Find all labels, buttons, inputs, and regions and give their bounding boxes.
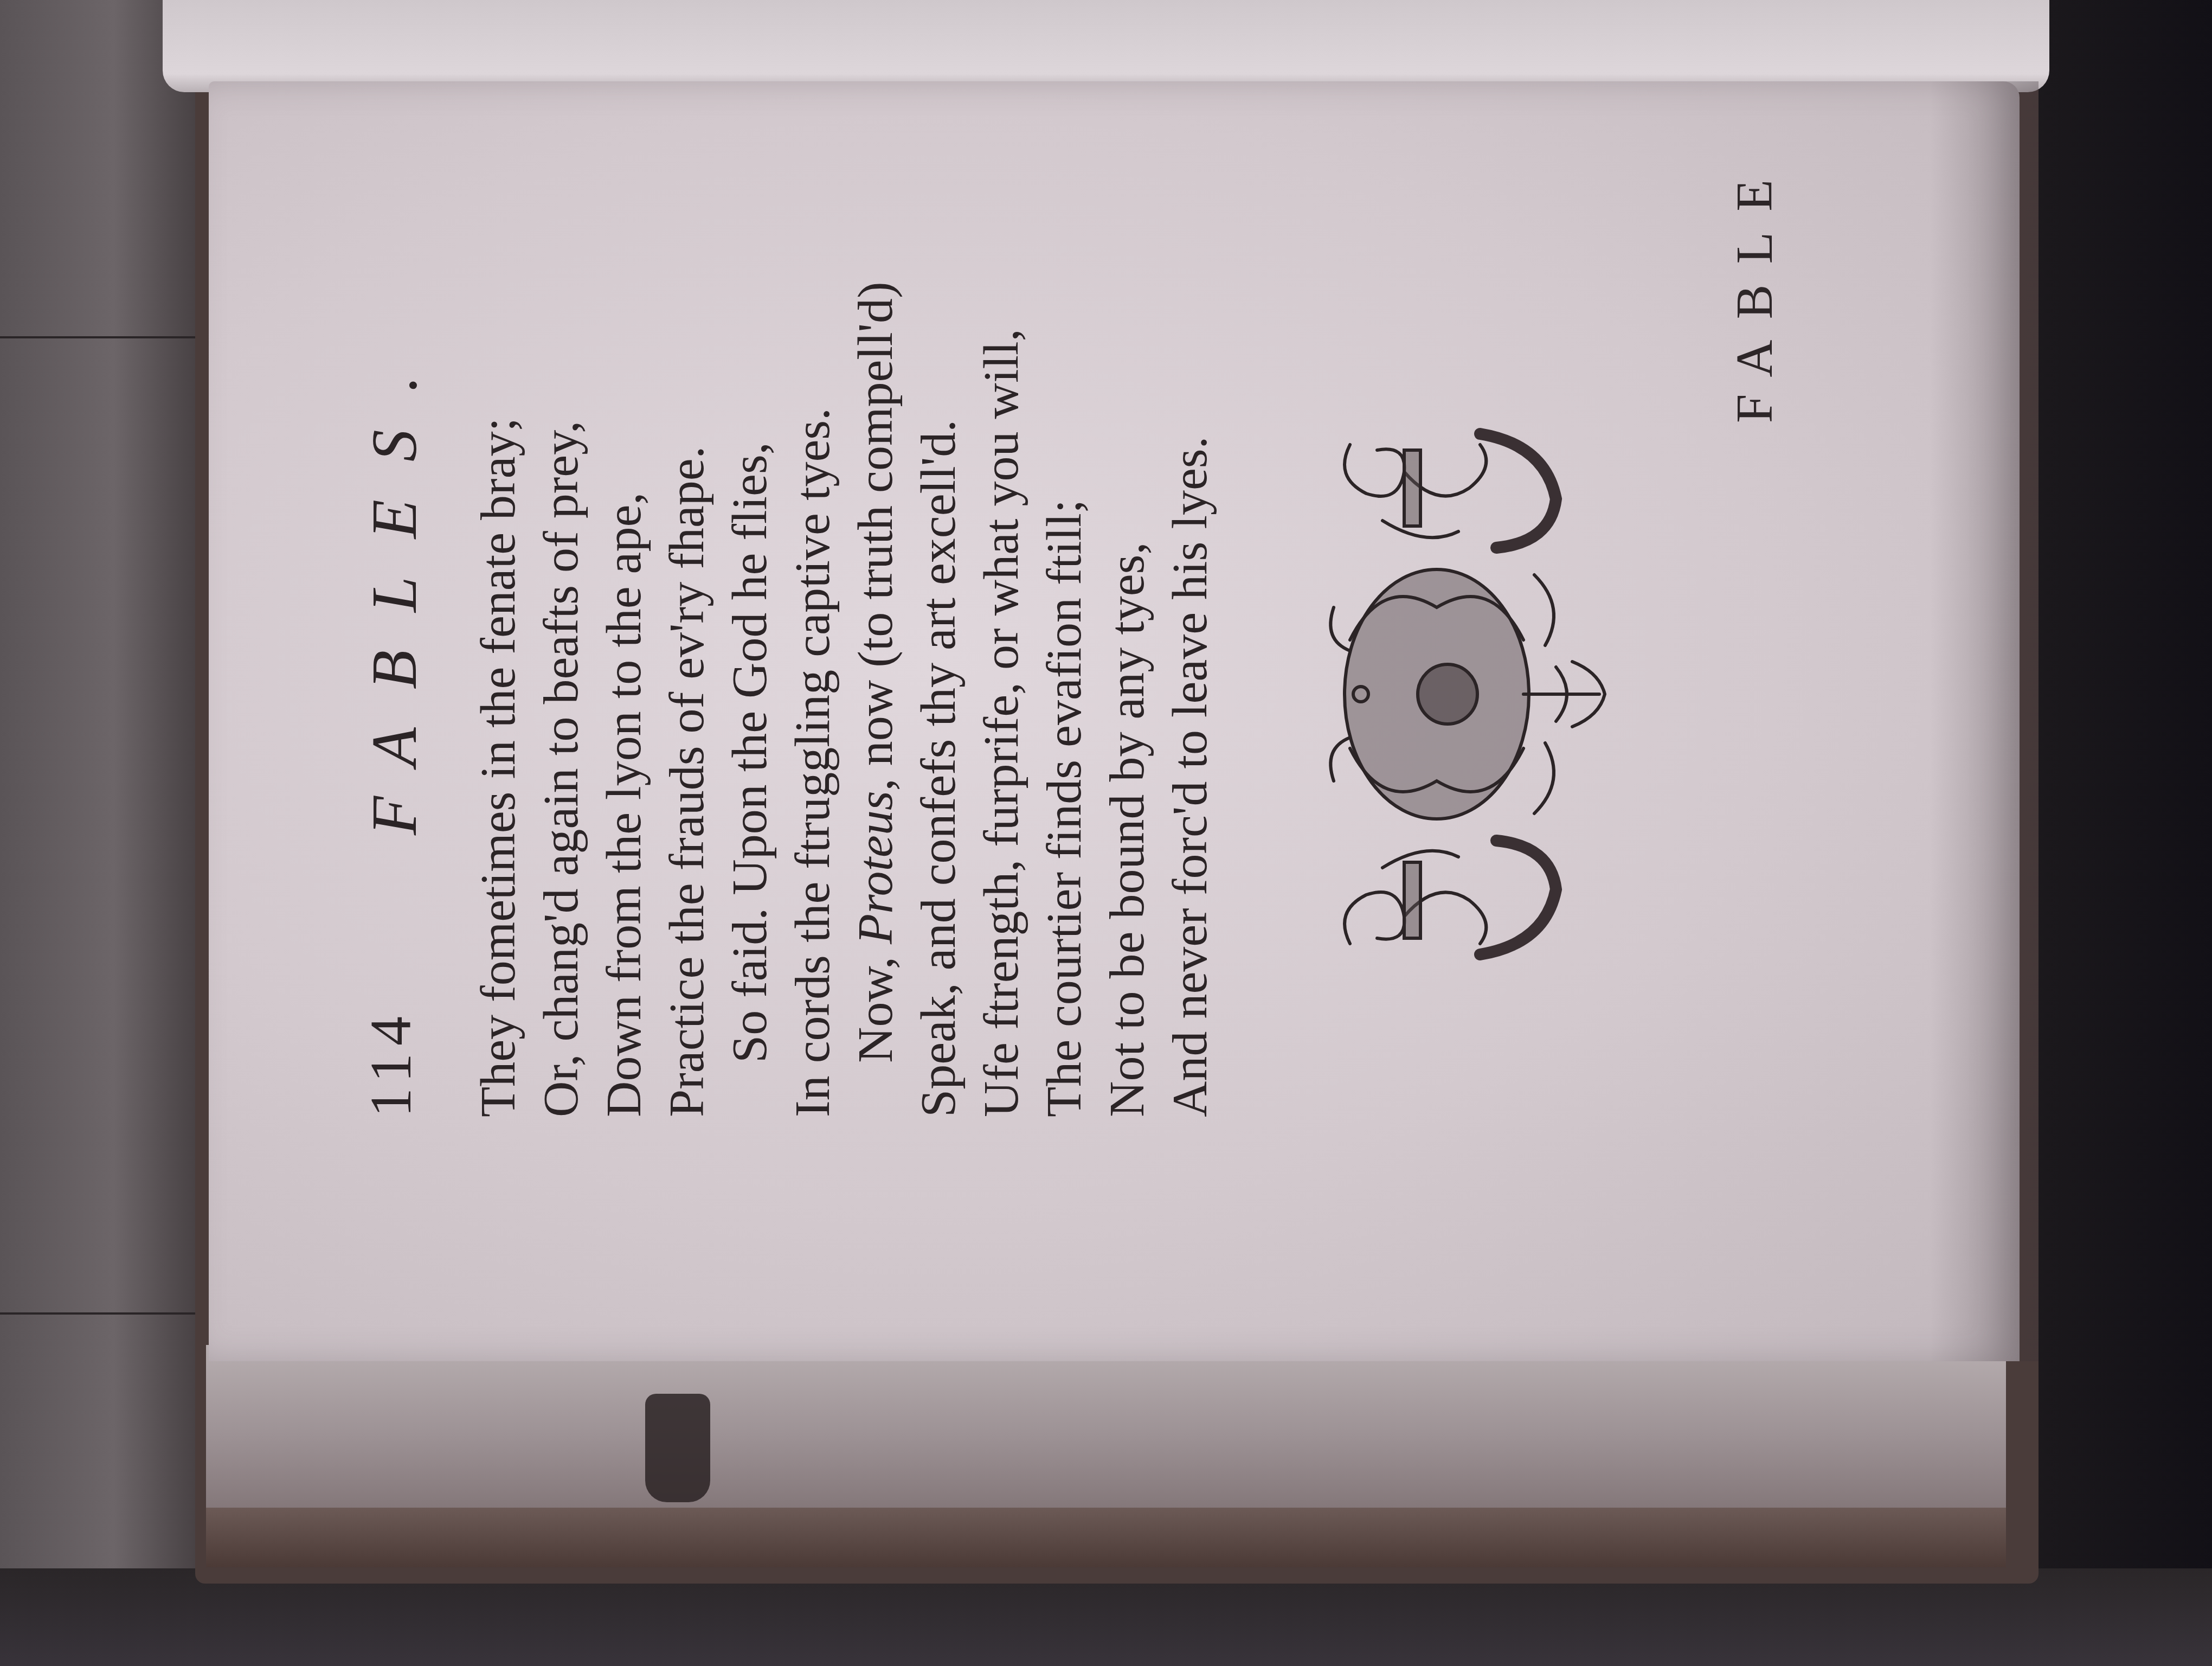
verse-line-post: , now (to truth compell'd): [847, 281, 903, 791]
verse-block: They fometimes in the fenate bray; Or, c…: [466, 33, 1221, 1117]
page-text-block: 114 FABLES. They fometimes in the fenate…: [336, 65, 1854, 1204]
page-gutter-shadow: [1930, 81, 2039, 1361]
verse-line: Now, Proteus, now (to truth compell'd): [844, 33, 906, 1117]
verse-line: Or, chang'd again to beafts of prey,: [529, 33, 592, 1117]
verse-line: The courtier finds evafion ftill;: [1032, 33, 1095, 1117]
verse-line: Down from the lyon to the ape,: [592, 33, 655, 1117]
catchword: FABLE: [1724, 159, 1784, 423]
verse-line: Not to be bound by any tyes,: [1095, 33, 1158, 1117]
verse-line: They fometimes in the fenate bray;: [466, 33, 529, 1117]
book-spine-edge: [206, 1508, 2006, 1567]
verse-line-pre: Now,: [847, 944, 903, 1063]
baroque-scroll-tailpiece-icon: [1317, 412, 1621, 976]
page-header: 114 FABLES.: [358, 87, 439, 1117]
tile-seam: [0, 336, 228, 338]
page-stain-mark: [645, 1394, 710, 1502]
page-number: 114: [358, 1009, 425, 1117]
verse-line: Practice the frauds of ev'ry fhape.: [655, 33, 718, 1117]
page-block-edge: [206, 1345, 2006, 1529]
running-title: FABLES.: [358, 338, 432, 835]
verse-line: Ufe ftrength, furprife, or what you will…: [969, 33, 1032, 1117]
background-left-wall: [0, 0, 228, 1666]
verse-line: And never forc'd to leave his lyes.: [1158, 33, 1221, 1117]
verse-line: Speak, and confefs thy art excell'd.: [906, 33, 969, 1117]
verse-line: So faid. Upon the God he flies,: [718, 33, 781, 1117]
tile-seam: [0, 1312, 228, 1315]
verse-italic-name: Proteus: [847, 791, 903, 944]
verse-line: In cords the ftruggling captive tyes.: [781, 33, 844, 1117]
